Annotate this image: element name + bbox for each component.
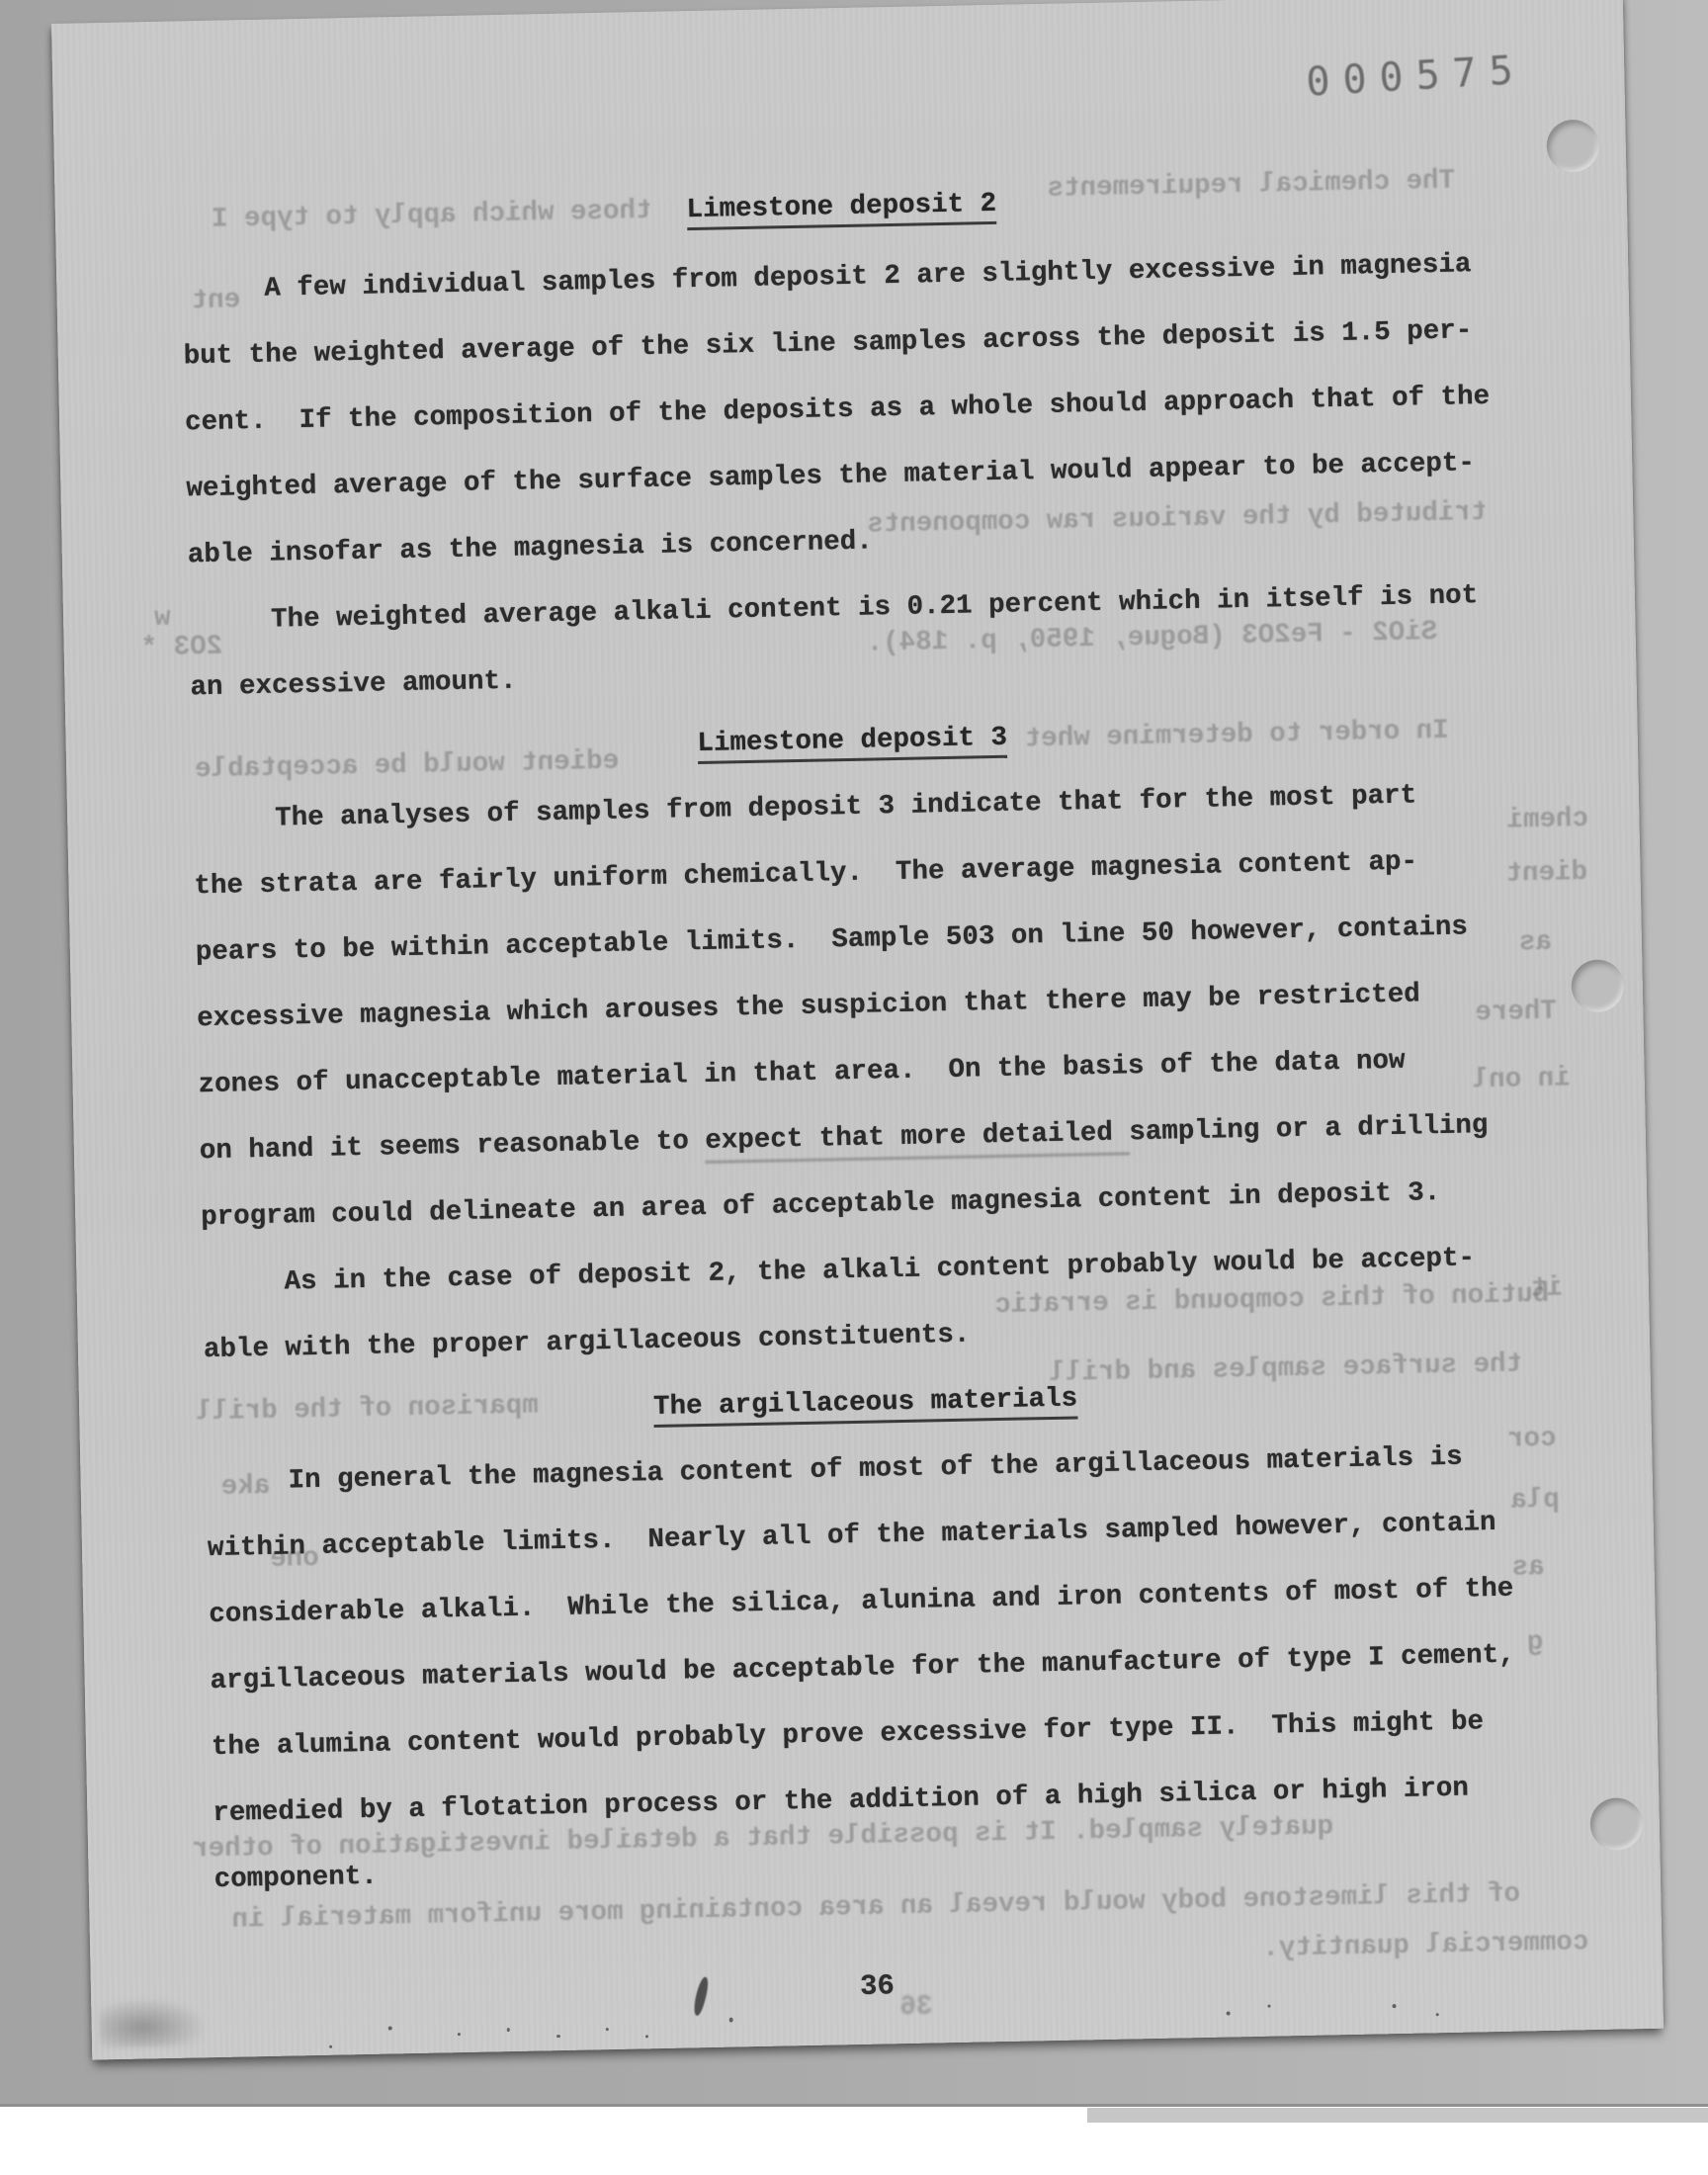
text-line: pears to be within acceptable limits. Sa… (196, 912, 1469, 968)
ink-speck (507, 2028, 510, 2032)
punch-hole (1546, 120, 1599, 173)
scanner-bed-band (1087, 2108, 1708, 2123)
text-line: but the weighted average of the six line… (183, 315, 1472, 372)
ink-speck (556, 2035, 560, 2038)
text-line: In general the magnesia content of most … (288, 1442, 1463, 1497)
bleed-through-text: pla (1510, 1485, 1560, 1517)
text-line: The analyses of samples from deposit 3 i… (275, 780, 1417, 833)
text-line: the alumina content would probably prove… (212, 1706, 1485, 1763)
text-line: able insofar as the magnesia is concerne… (188, 526, 874, 570)
text-line: argillaceous materials would be acceptab… (210, 1640, 1515, 1696)
bleed-through-text: cor (1507, 1424, 1557, 1455)
punch-hole (1589, 1797, 1643, 1851)
section-heading-text: Limestone deposit 2 (686, 189, 996, 230)
section-heading-text: The argillaceous materials (653, 1383, 1078, 1428)
bleed-through-text: as (1519, 927, 1553, 959)
ink-speck (388, 2026, 392, 2030)
ink-speck (1227, 2011, 1231, 2015)
section-heading: Limestone deposit 3 (192, 712, 1513, 769)
bleed-through-text: in onl (1472, 1063, 1571, 1095)
section-heading: Limestone deposit 2 (181, 179, 1502, 236)
bleed-through-text: bution of this compound is erratic (994, 1279, 1550, 1321)
text-line: considerable alkali. While the silica, a… (209, 1574, 1514, 1630)
bleed-through-text: of this limestone body would reveal an a… (231, 1879, 1520, 1936)
text-line: able with the proper argillaceous consti… (204, 1320, 971, 1366)
bleed-through-text: ake (220, 1471, 270, 1503)
text-line: zones of unacceptable material in that a… (198, 1046, 1406, 1101)
text-line: within acceptable limits. Nearly all of … (208, 1508, 1496, 1564)
ink-speck (329, 2045, 332, 2048)
text-line: weighted average of the surface samples … (186, 448, 1475, 504)
section-heading-text: Limestone deposit 3 (697, 723, 1007, 764)
text-line: program could delineate an area of accep… (201, 1177, 1441, 1233)
ink-speck (1267, 2005, 1270, 2008)
text-line: an excessive amount. (190, 666, 517, 704)
text-line: the strata are fairly uniform chemically… (194, 846, 1417, 902)
text-line: A few individual samples from deposit 2 … (264, 249, 1472, 304)
bleed-through-text: SiO2 - Fe2O3 (Bogue, 1950, p. 184). (866, 617, 1437, 659)
text-line: excessive magnesia which arouses the sus… (197, 979, 1420, 1034)
bleed-through-text: chemi (1506, 804, 1588, 836)
ink-speck (606, 2028, 609, 2031)
bleed-through-text: tributed by the various raw components (867, 497, 1488, 541)
document-number-stamp: 000575 (1305, 47, 1527, 106)
ink-speck (1436, 2013, 1439, 2016)
bleed-through-text: ent (191, 285, 240, 316)
bleed-through-text: as (1511, 1552, 1545, 1584)
scanned-document-page: { "stamp": "000575", "page_number": "36"… (0, 0, 1708, 2175)
bleed-through-text: w (154, 603, 171, 634)
ink-speck (729, 2018, 733, 2023)
bleed-through-text: 2O3 * (140, 632, 222, 664)
bleed-through-text: There (1475, 997, 1557, 1029)
page-number: 36 (216, 1957, 1538, 2016)
text-line: cent. If the composition of the deposits… (185, 382, 1491, 438)
text-line: component. (213, 1862, 378, 1895)
ink-speck (1392, 2004, 1396, 2008)
ink-speck (458, 2033, 461, 2036)
paper-page: The chemical requirements those which ap… (51, 0, 1664, 2060)
punch-hole (1571, 959, 1624, 1012)
bleed-through-text: dient (1505, 857, 1587, 890)
bleed-through-text: g (1527, 1627, 1544, 1658)
ink-speck (645, 2035, 648, 2038)
section-heading: The argillaceous materials (205, 1374, 1526, 1432)
corner-smudge (99, 1996, 209, 2047)
